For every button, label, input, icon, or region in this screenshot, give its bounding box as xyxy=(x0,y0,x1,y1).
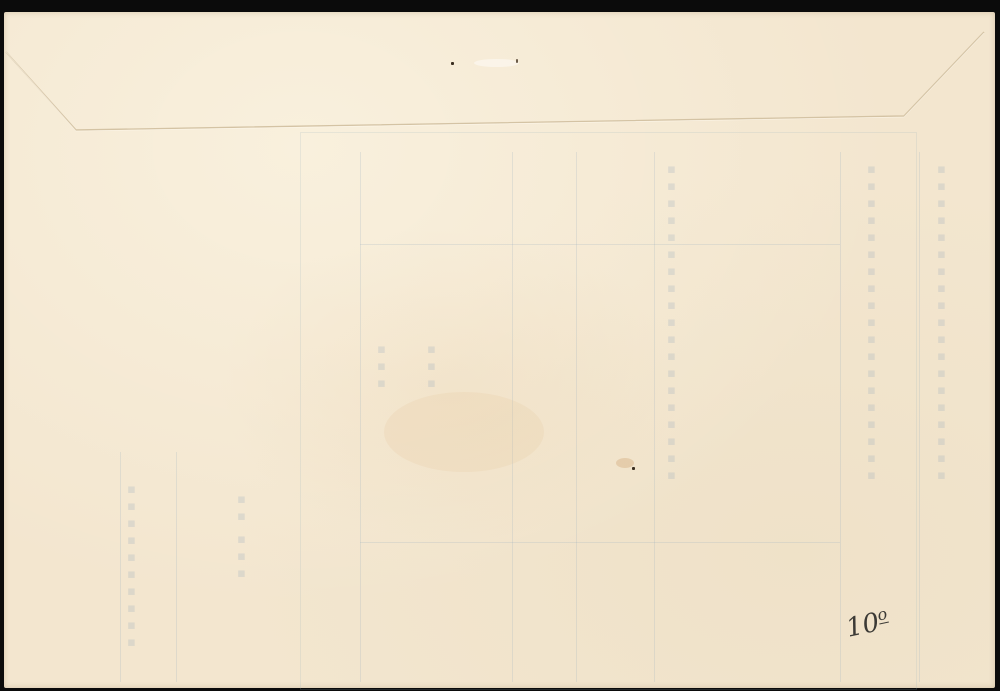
show-through-text: ▪▪▪▪▪▪▪▪▪▪ xyxy=(124,482,139,682)
envelope-back: ▪▪▪▪▪▪▪▪▪▪ ▪▪ ▪▪▪ ▪▪▪▪▪▪▪▪▪▪▪▪▪▪▪▪▪▪▪ ▪▪… xyxy=(4,12,995,688)
show-through-rule xyxy=(120,452,121,682)
show-through-text: ▪▪▪▪▪▪▪▪▪▪▪▪▪▪▪▪▪▪▪ xyxy=(864,162,879,662)
show-through-rule xyxy=(654,152,655,682)
show-through-text: ▪▪ ▪▪▪ xyxy=(234,492,249,682)
show-through-text: ▪▪▪ xyxy=(374,342,389,402)
stain xyxy=(384,392,544,472)
show-through-rule xyxy=(840,152,841,682)
speck xyxy=(451,62,454,65)
show-through-text: ▪▪▪▪▪▪▪▪▪▪▪▪▪▪▪▪▪▪▪ xyxy=(934,162,949,662)
speck xyxy=(632,467,635,470)
speck xyxy=(516,59,518,63)
show-through-text: ▪▪▪▪▪▪▪▪▪▪▪▪▪▪▪▪▪▪▪ xyxy=(664,162,679,662)
show-through-rule xyxy=(360,152,361,682)
show-through-rule xyxy=(176,452,177,682)
show-through-rule xyxy=(360,542,840,543)
show-through-text: ▪▪▪ xyxy=(424,342,439,402)
stain xyxy=(474,59,519,67)
show-through-table xyxy=(300,132,917,690)
show-through-rule xyxy=(576,152,577,682)
show-through-rule xyxy=(919,152,920,682)
show-through-rule xyxy=(360,244,840,245)
